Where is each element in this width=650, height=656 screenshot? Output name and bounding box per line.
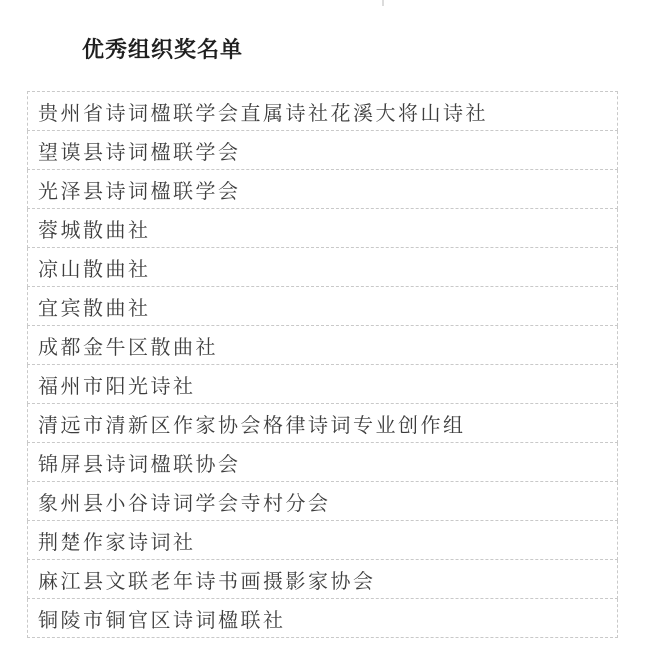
organization-name-cell: 荆楚作家诗词社 <box>28 521 618 560</box>
table-row: 光泽县诗词楹联学会 <box>28 170 618 209</box>
table-row: 福州市阳光诗社 <box>28 365 618 404</box>
table-row: 贵州省诗词楹联学会直属诗社花溪大将山诗社 <box>28 92 618 131</box>
table-row: 凉山散曲社 <box>28 248 618 287</box>
organization-name-cell: 宜宾散曲社 <box>28 287 618 326</box>
organization-name-cell: 清远市清新区作家协会格律诗词专业创作组 <box>28 404 618 443</box>
table-row: 象州县小谷诗词学会寺村分会 <box>28 482 618 521</box>
document-page: 优秀组织奖名单 贵州省诗词楹联学会直属诗社花溪大将山诗社 望谟县诗词楹联学会 光… <box>0 0 650 656</box>
organization-name-cell: 锦屏县诗词楹联协会 <box>28 443 618 482</box>
organization-name-cell: 蓉城散曲社 <box>28 209 618 248</box>
table-row: 麻江县文联老年诗书画摄影家协会 <box>28 560 618 599</box>
organization-name-cell: 贵州省诗词楹联学会直属诗社花溪大将山诗社 <box>28 92 618 131</box>
organization-name-cell: 铜陵市铜官区诗词楹联社 <box>28 599 618 638</box>
table-row: 成都金牛区散曲社 <box>28 326 618 365</box>
organization-name-cell: 福州市阳光诗社 <box>28 365 618 404</box>
organization-name-cell: 象州县小谷诗词学会寺村分会 <box>28 482 618 521</box>
award-list-table: 贵州省诗词楹联学会直属诗社花溪大将山诗社 望谟县诗词楹联学会 光泽县诗词楹联学会… <box>27 91 618 638</box>
organization-name-cell: 凉山散曲社 <box>28 248 618 287</box>
table-row: 望谟县诗词楹联学会 <box>28 131 618 170</box>
screen-edge-artifact <box>382 0 384 6</box>
table-row: 铜陵市铜官区诗词楹联社 <box>28 599 618 638</box>
table-row: 清远市清新区作家协会格律诗词专业创作组 <box>28 404 618 443</box>
table-row: 锦屏县诗词楹联协会 <box>28 443 618 482</box>
organization-name-cell: 成都金牛区散曲社 <box>28 326 618 365</box>
table-row: 宜宾散曲社 <box>28 287 618 326</box>
organization-name-cell: 望谟县诗词楹联学会 <box>28 131 618 170</box>
organization-name-cell: 光泽县诗词楹联学会 <box>28 170 618 209</box>
table-row: 蓉城散曲社 <box>28 209 618 248</box>
organization-name-cell: 麻江县文联老年诗书画摄影家协会 <box>28 560 618 599</box>
table-row: 荆楚作家诗词社 <box>28 521 618 560</box>
page-title: 优秀组织奖名单 <box>82 37 243 63</box>
